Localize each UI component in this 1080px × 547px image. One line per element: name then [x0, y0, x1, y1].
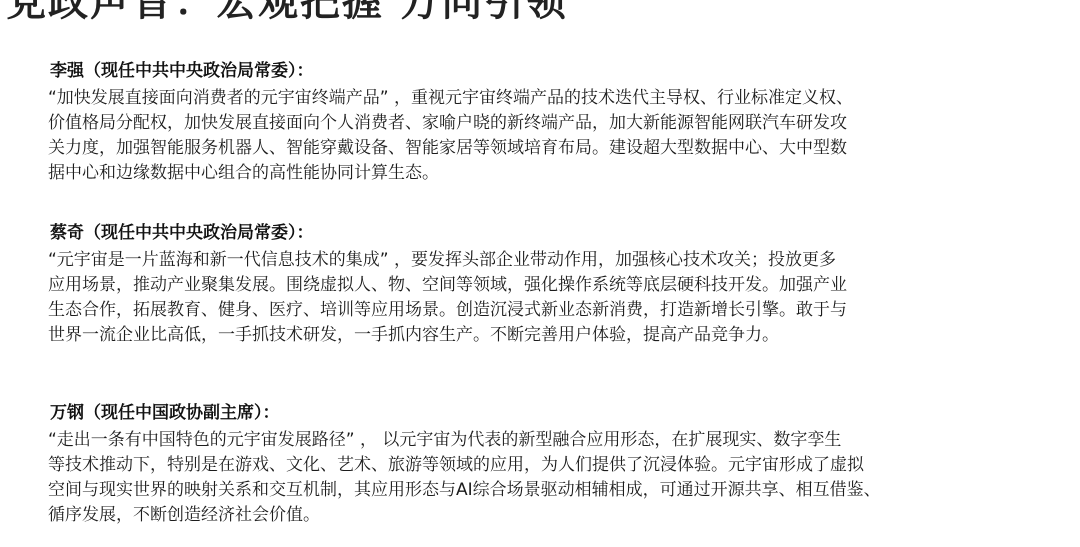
speaker-heading: 万钢（现任中国政协副主席）：: [50, 402, 1038, 424]
quote-paragraph: “走出一条有中国特色的元宇宙发展路径” ， 以元宇宙为代表的新型融合应用形态，在…: [48, 428, 1038, 528]
paragraph-line: “元宇宙是一片蓝海和新一代信息技术的集成” ，要发挥头部企业带动作用，加强核心技…: [48, 248, 1038, 273]
quote-section-cai-qi: 蔡奇（现任中共中央政治局常委）： “元宇宙是一片蓝海和新一代信息技术的集成” ，…: [48, 222, 1038, 348]
paragraph-line: 等技术推动下，特别是在游戏、文化、艺术、旅游等领域的应用，为人们提供了沉浸体验。…: [48, 453, 1038, 478]
quote-section-wan-gang: 万钢（现任中国政协副主席）： “走出一条有中国特色的元宇宙发展路径” ， 以元宇…: [48, 402, 1038, 528]
paragraph-line: 空间与现实世界的映射关系和交互机制，其应用形态与AI综合场景驱动相辅相成，可通过…: [48, 478, 1038, 503]
paragraph-line: 价值格局分配权，加快发展直接面向个人消费者、家喻户晓的新终端产品，加大新能源智能…: [48, 111, 1038, 136]
quote-paragraph: “元宇宙是一片蓝海和新一代信息技术的集成” ，要发挥头部企业带动作用，加强核心技…: [48, 248, 1038, 348]
paragraph-line: “走出一条有中国特色的元宇宙发展路径” ， 以元宇宙为代表的新型融合应用形态，在…: [48, 428, 1038, 453]
speaker-heading: 李强（现任中共中央政治局常委）：: [50, 60, 1038, 82]
quote-paragraph: “加快发展直接面向消费者的元宇宙终端产品” ，重视元宇宙终端产品的技术迭代主导权…: [48, 86, 1038, 186]
paragraph-line: 生态合作，拓展教育、健身、医疗、培训等应用场景。创造沉浸式新业态新消费，打造新增…: [48, 298, 1038, 323]
speaker-heading: 蔡奇（现任中共中央政治局常委）：: [50, 222, 1038, 244]
paragraph-line: 关力度，加强智能服务机器人、智能穿戴设备、智能家居等领域培育布局。建设超大型数据…: [48, 136, 1038, 161]
paragraph-line: 应用场景，推动产业聚集发展。围绕虚拟人、物、空间等领域，强化操作系统等底层硬科技…: [48, 273, 1038, 298]
paragraph-line: 循序发展，不断创造经济社会价值。: [48, 503, 1038, 528]
quote-section-li-qiang: 李强（现任中共中央政治局常委）： “加快发展直接面向消费者的元宇宙终端产品” ，…: [48, 60, 1038, 186]
paragraph-line: 据中心和边缘数据中心组合的高性能协同计算生态。: [48, 161, 1038, 186]
paragraph-line: 世界一流企业比高低，一手抓技术研发，一手抓内容生产。不断完善用户体验，提高产品竞…: [48, 323, 1038, 348]
page-title: 党政声音：宏观把握 方向引领: [6, 0, 568, 24]
paragraph-line: “加快发展直接面向消费者的元宇宙终端产品” ，重视元宇宙终端产品的技术迭代主导权…: [48, 86, 1038, 111]
